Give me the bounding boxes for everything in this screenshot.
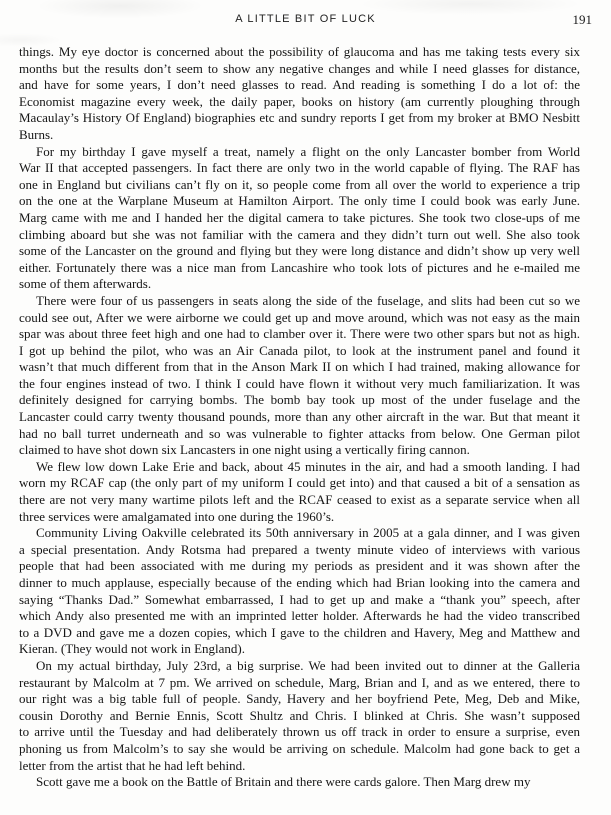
text-line: people that had been associated with me … — [19, 558, 580, 575]
text-line: on the one at the Warplane Museum at Ham… — [19, 193, 580, 210]
paragraph: We flew low down Lake Erie and back, abo… — [19, 459, 580, 525]
text-line: We flew low down Lake Erie and back, abo… — [19, 459, 580, 476]
text-line: definitely designed for carrying bombs. … — [19, 392, 580, 409]
text-line: wasn’t that much different from that in … — [19, 359, 580, 376]
text-line: For my birthday I gave myself a treat, n… — [19, 144, 580, 161]
text-line: which Andy also presented me with an imp… — [19, 608, 580, 625]
paragraph: For my birthday I gave myself a treat, n… — [19, 144, 580, 293]
text-line: and have for some years, I don’t need gl… — [19, 77, 580, 94]
text-line: Burns. — [19, 127, 580, 144]
text-line: Kieran. (They would not work in England)… — [19, 641, 580, 658]
text-line: worn my RCAF cap (the only part of my un… — [19, 475, 580, 492]
text-line: some of them afterwards. — [19, 276, 580, 293]
text-line: cousin Dorothy and Bernie Ennis, Scott S… — [19, 708, 580, 725]
text-line: things. My eye doctor is concerned about… — [19, 44, 580, 61]
text-line: could see out, After we were airborne we… — [19, 310, 580, 327]
paragraph: things. My eye doctor is concerned about… — [19, 44, 580, 144]
page-body: things. My eye doctor is concerned about… — [19, 44, 580, 791]
paragraph: There were four of us passengers in seat… — [19, 293, 580, 459]
text-line: months but the results don’t seem to sho… — [19, 61, 580, 78]
text-line: our right was a big table full of people… — [19, 691, 580, 708]
text-line: Lancaster could carry twenty thousand po… — [19, 409, 580, 426]
text-line: Community Living Oakville celebrated its… — [19, 525, 580, 542]
text-line: one in England but civilians can’t fly o… — [19, 177, 580, 194]
text-line: there are not very many wartime pilots l… — [19, 492, 580, 509]
text-line: to a DVD and gave me a dozen copies, whi… — [19, 625, 580, 642]
running-title: A LITTLE BIT OF LUCK — [19, 13, 592, 25]
text-line: climbing aboard but she was not familiar… — [19, 227, 580, 244]
text-line: restaurant by Malcolm at 7 pm. We arrive… — [19, 675, 580, 692]
paragraph: Scott gave me a book on the Battle of Br… — [19, 774, 580, 791]
book-page: A LITTLE BIT OF LUCK 191 things. My eye … — [0, 0, 611, 815]
text-line: to arrive until the Tuesday and had deli… — [19, 724, 580, 741]
page-number: 191 — [573, 12, 593, 28]
text-line: Marg came with me and I handed her the d… — [19, 210, 580, 227]
text-line: some of the Lancaster on the ground and … — [19, 243, 580, 260]
text-line: Economist magazine every week, the daily… — [19, 94, 580, 111]
text-line: claimed to have shot down six Lancasters… — [19, 442, 580, 459]
text-line: dinner to much applause, especially beca… — [19, 575, 580, 592]
paragraph: On my actual birthday, July 23rd, a big … — [19, 658, 580, 774]
text-line: three services were amalgamated into one… — [19, 509, 580, 526]
text-line: Scott gave me a book on the Battle of Br… — [19, 774, 580, 791]
text-line: On my actual birthday, July 23rd, a big … — [19, 658, 580, 675]
text-line: I got up behind the pilot, who was an Ai… — [19, 343, 580, 360]
page-header: A LITTLE BIT OF LUCK 191 — [19, 12, 592, 28]
text-line: had no ball turret underneath and so was… — [19, 426, 580, 443]
text-line: letter from the artist that he had left … — [19, 758, 580, 775]
paragraph: Community Living Oakville celebrated its… — [19, 525, 580, 658]
text-line: There were four of us passengers in seat… — [19, 293, 580, 310]
text-line: a special presentation. Andy Rotsma had … — [19, 542, 580, 559]
text-line: either. Fortunately there was a nice man… — [19, 260, 580, 277]
text-line: War II that accepted passengers. In fact… — [19, 160, 580, 177]
text-line: phoning us from Malcolm’s to say she wou… — [19, 741, 580, 758]
text-line: saying “Thanks Dad.” Somewhat embarrasse… — [19, 592, 580, 609]
text-line: the four engines instead of two. I think… — [19, 376, 580, 393]
text-line: Macaulay’s History Of England) biographi… — [19, 110, 580, 127]
text-line: spar was about three feet high and one h… — [19, 326, 580, 343]
